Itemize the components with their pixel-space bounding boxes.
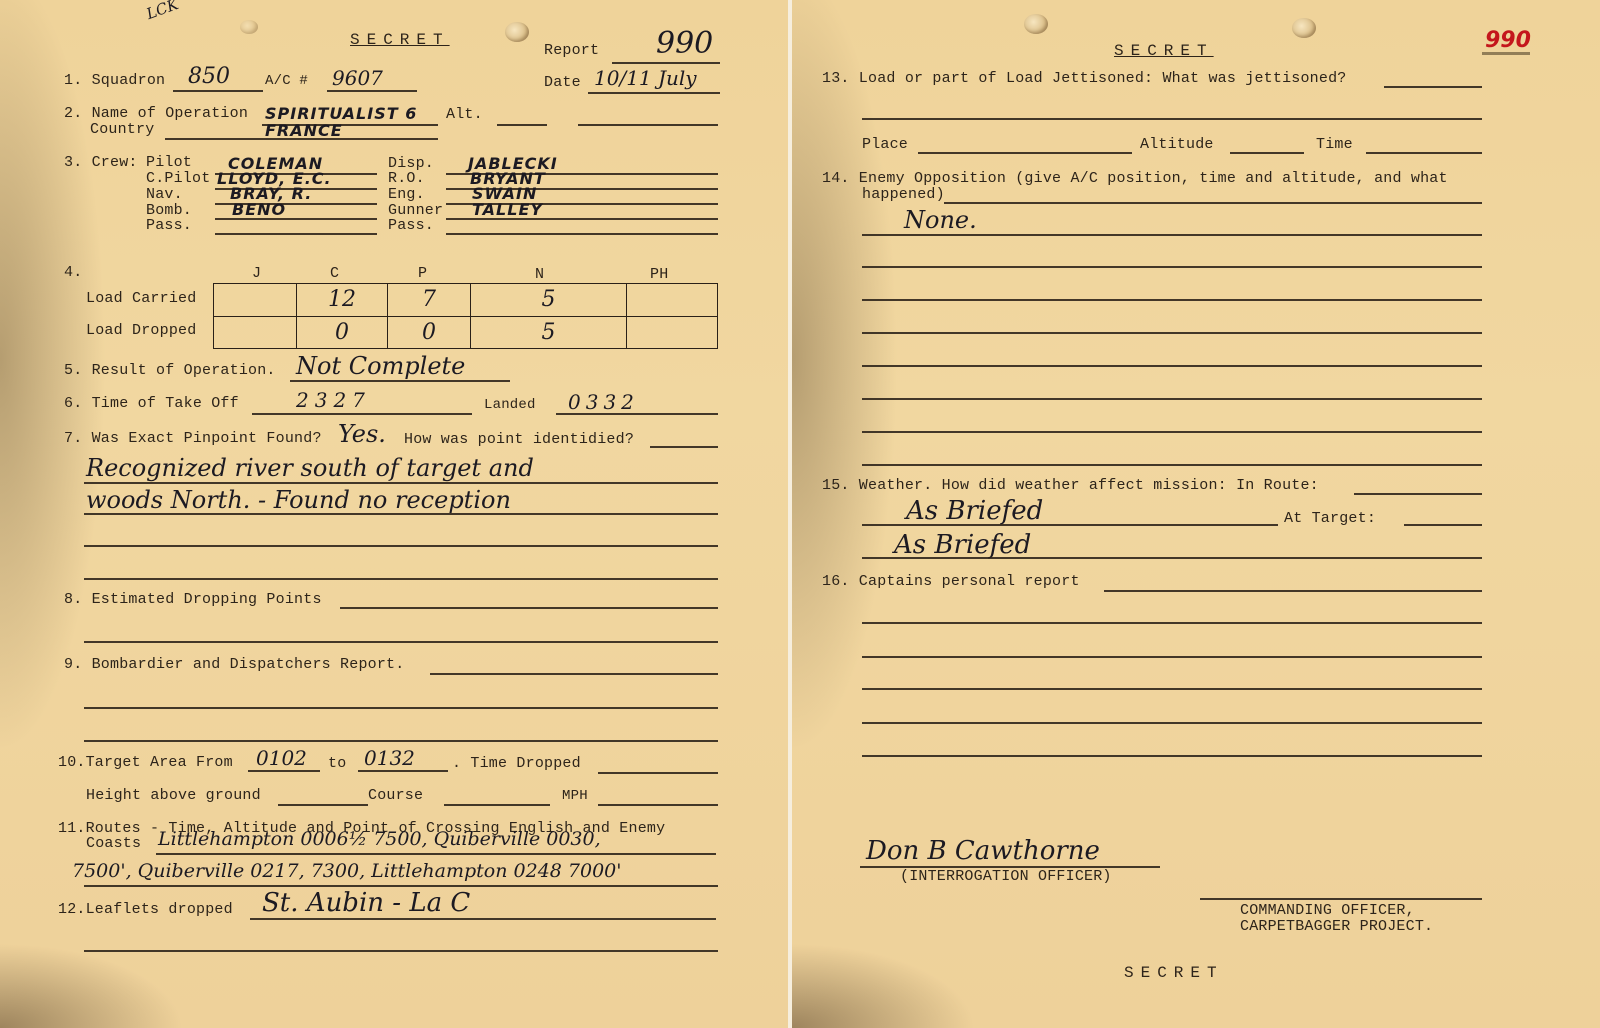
jettison-altitude-label: Altitude: [1140, 136, 1214, 153]
writing-line: [862, 622, 1482, 624]
load-cell: 12: [297, 284, 388, 317]
commanding-officer-title: COMMANDING OFFICER,: [1240, 902, 1415, 919]
load-column-j: J: [252, 265, 261, 282]
writing-line: [862, 656, 1482, 658]
takeoff-line: [252, 413, 472, 415]
target-area-to-label: to: [328, 755, 346, 772]
writing-line: [84, 641, 718, 643]
country-line: [165, 138, 438, 140]
pinpoint-line: [650, 446, 718, 448]
load-carried-label: Load Carried: [86, 290, 196, 307]
interrogation-officer-title: (INTERROGATION OFFICER): [900, 868, 1112, 885]
crew-role-copilot: C.Pilot: [146, 170, 210, 187]
jettison-time-label: Time: [1316, 136, 1353, 153]
punch-hole: [1292, 18, 1316, 38]
punch-hole: [240, 20, 258, 34]
interrogation-officer-signature: Don B Cawthorne: [866, 836, 1100, 866]
corner-annotation: LCK: [144, 0, 181, 23]
crew-role-radio-operator: R.O.: [388, 170, 425, 187]
writing-line: [862, 688, 1482, 690]
crew-line: [215, 233, 377, 235]
load-cell: 5: [471, 316, 627, 349]
weather-in-route-value: As Briefed: [906, 496, 1043, 526]
dropping-points-label: 8. Estimated Dropping Points: [64, 591, 322, 608]
weather-target-label: At Target:: [1284, 510, 1376, 527]
load-cell: 5: [471, 284, 627, 317]
enemy-opposition-line: [944, 202, 1482, 204]
landed-value: 0332: [568, 390, 639, 414]
report-number-value: 990: [656, 26, 713, 61]
commanding-officer-signature-line: [1200, 898, 1482, 900]
course-label: Course: [368, 787, 423, 804]
writing-line: [862, 332, 1482, 334]
punch-hole: [1024, 14, 1048, 34]
squadron-label: 1. Squadron: [64, 72, 165, 89]
bombardier-report-label: 9. Bombardier and Dispatchers Report.: [64, 656, 404, 673]
load-column-p: P: [418, 265, 427, 282]
coasts-label: Coasts: [86, 835, 141, 852]
target-area-from: 0102: [256, 746, 307, 770]
classification-header: SECRET: [350, 31, 450, 49]
leaflets-line: [250, 918, 716, 920]
writing-line: [84, 707, 718, 709]
routes-line-1: Littlehampton 0006½ 7500, Quiberville 00…: [158, 828, 601, 850]
landed-label: Landed: [484, 397, 536, 413]
crew-role-engineer: Eng.: [388, 186, 425, 203]
jettison-time-line: [1366, 152, 1482, 154]
target-area-from-line: [248, 770, 320, 772]
dropping-points-line: [340, 607, 718, 609]
takeoff-label: 6. Time of Take Off: [64, 395, 239, 412]
captains-report-line: [1104, 590, 1482, 592]
height-label: Height above ground: [86, 787, 261, 804]
writing-line: [84, 545, 718, 547]
load-cell: [627, 284, 718, 317]
writing-line: [862, 464, 1482, 466]
crew-line: [446, 233, 718, 235]
date-line: [588, 92, 720, 94]
writing-line: [862, 755, 1482, 757]
squadron-value: 850: [188, 64, 230, 89]
load-cell: 7: [388, 284, 471, 317]
writing-line: [862, 266, 1482, 268]
altitude-line-2: [578, 124, 718, 126]
jettisoned-label: 13. Load or part of Load Jettisoned: Wha…: [822, 70, 1346, 87]
bombardier-report-line: [430, 673, 718, 675]
load-cell: [214, 316, 297, 349]
squadron-line: [173, 90, 263, 92]
country-label: Country: [90, 121, 154, 138]
table-row: 12 7 5: [214, 284, 718, 317]
report-page-front: LCK SECRET Report 990 1. Squadron 850 A/…: [0, 0, 788, 1028]
report-page-back: SECRET 13. Load or part of Load Jettison…: [792, 0, 1600, 1028]
target-area-to: 0132: [364, 746, 415, 770]
report-label: Report: [544, 42, 599, 59]
takeoff-value: 2327: [296, 388, 371, 412]
captains-report-label: 16. Captains personal report: [822, 573, 1080, 590]
pinpoint-question: How was point identidied?: [404, 431, 634, 448]
load-dropped-label: Load Dropped: [86, 322, 196, 339]
leaflets-value: St. Aubin - La C: [262, 888, 470, 918]
classification-header: SECRET: [1114, 42, 1214, 60]
enemy-opposition-value: None.: [904, 206, 977, 234]
writing-line: [862, 365, 1482, 367]
enemy-opposition-label-2: happened): [862, 186, 945, 203]
load-table: 12 7 5 0 0 5: [213, 283, 718, 349]
crew-name-gunner: TALLEY: [472, 200, 543, 219]
weather-route-line: [1354, 493, 1482, 495]
date-label: Date: [544, 74, 581, 91]
classification-footer: SECRET: [1124, 964, 1224, 982]
stamped-report-number: 990: [1485, 28, 1531, 53]
result-label: 5. Result of Operation.: [64, 362, 276, 379]
load-column-n: N: [535, 266, 544, 283]
routes-line-2: 7500', Quiberville 0217, 7300, Littleham…: [72, 860, 622, 882]
crew-name-bombardier: BENO: [232, 200, 286, 219]
crew-role-passenger-2: Pass.: [388, 217, 434, 234]
writing-line: [84, 482, 718, 484]
writing-line: [862, 557, 1482, 559]
height-line: [278, 804, 368, 806]
aircraft-number-label: A/C #: [265, 73, 308, 89]
result-value: Not Complete: [296, 352, 465, 380]
aircraft-number-line: [327, 90, 417, 92]
pinpoint-label: 7. Was Exact Pinpoint Found?: [64, 430, 322, 447]
result-line: [290, 380, 510, 382]
writing-line: [862, 398, 1482, 400]
load-cell: 0: [388, 316, 471, 349]
crew-role-passenger: Pass.: [146, 217, 192, 234]
mph-label: MPH: [562, 788, 588, 804]
writing-line: [862, 722, 1482, 724]
jettison-altitude-line: [1230, 152, 1304, 154]
crew-line: [215, 218, 377, 220]
date-value: 10/11 July: [594, 66, 697, 90]
weather-label: 15. Weather. How did weather affect miss…: [822, 477, 1319, 494]
writing-line: [84, 740, 718, 742]
weather-target-line: [1404, 524, 1482, 526]
load-cell: [627, 316, 718, 349]
mph-line: [598, 804, 718, 806]
time-dropped-line: [598, 772, 718, 774]
load-column-c: C: [330, 265, 339, 282]
writing-line: [862, 118, 1482, 120]
pinpoint-found-value: Yes.: [338, 420, 386, 448]
pinpoint-explanation-line-1: Recognized river south of target and: [86, 454, 534, 482]
enemy-opposition-label: 14. Enemy Opposition (give A/C position,…: [822, 170, 1448, 187]
weather-at-target-value: As Briefed: [894, 530, 1031, 560]
crew-role-navigator: Nav.: [146, 186, 183, 203]
leaflets-label: 12.Leaflets dropped: [58, 901, 233, 918]
place-label: Place: [862, 136, 908, 153]
writing-line: [862, 234, 1482, 236]
landed-line: [556, 413, 718, 415]
routes-line: [156, 853, 716, 855]
writing-line: [862, 431, 1482, 433]
load-section-label: 4.: [64, 264, 82, 281]
load-cell: 0: [297, 316, 388, 349]
crew-role-pilot: Pilot: [146, 154, 192, 171]
weather-in-route-line: [862, 524, 1278, 526]
pinpoint-explanation-line-2: woods North. - Found no reception: [86, 486, 511, 514]
writing-line: [862, 299, 1482, 301]
commanding-officer-unit: CARPETBAGGER PROJECT.: [1240, 918, 1433, 935]
crew-label: 3. Crew:: [64, 154, 138, 171]
load-column-ph: PH: [650, 266, 668, 283]
target-area-to-line: [358, 770, 448, 772]
place-line: [918, 152, 1132, 154]
target-area-label: 10.Target Area From: [58, 754, 233, 771]
table-row: 0 0 5: [214, 316, 718, 349]
crew-line: [446, 218, 718, 220]
altitude-label: Alt.: [446, 106, 483, 123]
routes-line: [84, 885, 718, 887]
operation-name-label: 2. Name of Operation: [64, 105, 248, 122]
report-number-line: [612, 62, 720, 64]
writing-line: [84, 950, 718, 952]
jettisoned-line: [1384, 86, 1482, 88]
aircraft-number-value: 9607: [332, 66, 383, 90]
writing-line: [84, 513, 718, 515]
punch-hole: [505, 22, 529, 42]
course-line: [444, 804, 550, 806]
load-cell: [214, 284, 297, 317]
altitude-line: [497, 124, 547, 126]
writing-line: [84, 578, 718, 580]
time-dropped-label: . Time Dropped: [452, 755, 581, 772]
